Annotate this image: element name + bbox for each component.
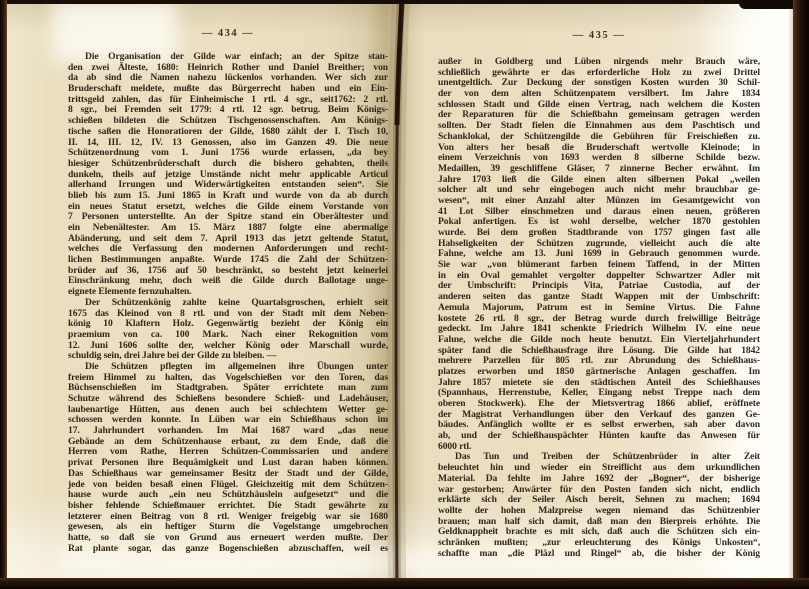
text-line: Aemula Majorum, Patrum est in Semine Vir… xyxy=(438,303,760,314)
photo-border-bottom xyxy=(0,578,809,589)
book-scan-photo: { "colors": { "page": "#eadfc1", "ink": … xyxy=(0,0,809,589)
photo-border-right xyxy=(793,0,809,589)
photo-border-left xyxy=(0,0,7,589)
text-line: Material. Da fehlte im Jahre 1692 der „B… xyxy=(438,474,760,485)
text-line: hiesiger Schützenbrüderschaft durch die … xyxy=(68,159,388,170)
left-page-text: Die Organisation der Gilde war einfach; … xyxy=(68,52,388,554)
right-page: — 435 — außer in Goldberg und Lüben nirg… xyxy=(438,30,760,559)
text-line: Das Schießhaus war gemeinsamer Besitz de… xyxy=(68,469,388,480)
text-line: tische saßen die Honoratioren der Gilde,… xyxy=(68,127,388,138)
text-line: Fahne, welche die Gilde noch heute benut… xyxy=(438,335,760,346)
text-line: bisher fehlende Schießmauer errichtet. D… xyxy=(68,501,388,512)
text-line: Rat plante sogar, das ganze Bogenschieße… xyxy=(68,544,388,555)
left-page: — 434 — Die Organisation der Gilde war e… xyxy=(68,28,388,554)
text-line: Schanklokal, der Schützengilde die Gebüh… xyxy=(438,132,760,143)
text-line: wollte der hohen Malzpreise wegen nieman… xyxy=(438,506,760,517)
text-line: praemium von ca. 100 Mark. Nach einer Re… xyxy=(68,330,388,341)
text-line: Medaillen, 39 geschliffene Gläser, 7 zin… xyxy=(438,164,760,175)
left-page-number: — 434 — xyxy=(68,28,388,52)
photo-border-top xyxy=(0,0,809,4)
text-line: Der Schützenkönig zahlte keine Quartalsg… xyxy=(68,298,388,309)
right-page-text: außer in Goldberg und Lüben nirgends meh… xyxy=(438,57,760,559)
text-line: ab, und der Schießhauspächter Hünten kau… xyxy=(438,431,760,442)
right-page-number: — 435 — xyxy=(438,30,760,57)
text-line: schaffte man „die Pläzl und Ringel“ ab, … xyxy=(438,549,760,560)
